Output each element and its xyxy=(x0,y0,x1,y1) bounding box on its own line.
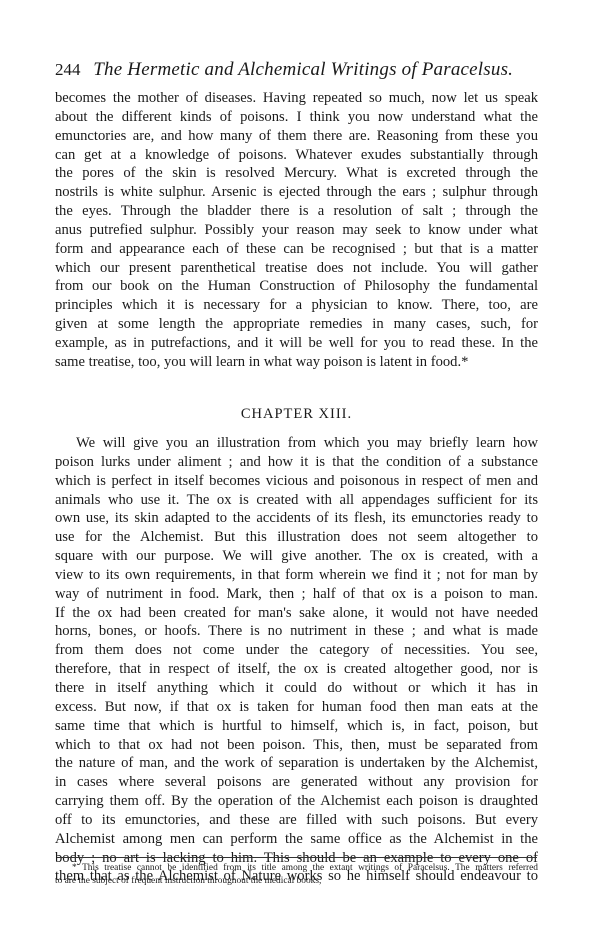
text-line: excess. But now, if that ox is taken for… xyxy=(55,698,538,717)
text-line: We will give you an illustration from wh… xyxy=(55,434,538,453)
text-line: same time that which is hurtful to himse… xyxy=(55,717,538,736)
text-line: nostrils is white sulphur. Arsenic is ej… xyxy=(55,183,538,202)
text-line: use for the Alchemist. But this illustra… xyxy=(55,528,538,547)
footnote: * This treatise cannot be identified fro… xyxy=(55,862,538,888)
text-line: given at some length the appropriate rem… xyxy=(55,315,538,334)
text-line: same treatise, too, you will learn in wh… xyxy=(55,353,538,372)
text-line: anus putrefied sulphur. Possibly your re… xyxy=(55,221,538,240)
text-line: the nature of man, and the work of separ… xyxy=(55,754,538,773)
running-title: The Hermetic and Alchemical Writings of … xyxy=(93,59,513,80)
text-line: square with our purpose. We will give an… xyxy=(55,547,538,566)
chapter-heading: CHAPTER XIII. xyxy=(55,404,538,424)
text-line: can get at a knowledge of poisons. Whate… xyxy=(55,146,538,165)
text-line: If the ox had been created for man's sak… xyxy=(55,604,538,623)
text-line: which our present parenthetical treatise… xyxy=(55,259,538,278)
text-line: animals who use it. The ox is created wi… xyxy=(55,491,538,510)
text-line: from our book on the Human Construction … xyxy=(55,277,538,296)
text-line: own use, its skin adapted to the acciden… xyxy=(55,509,538,528)
text-line: Alchemist among men can perform the same… xyxy=(55,830,538,849)
text-line: carrying them off. By the operation of t… xyxy=(55,792,538,811)
text-line: poison lurks under aliment ; and how it … xyxy=(55,453,538,472)
text-line: off to its emunctories, and these are fi… xyxy=(55,811,538,830)
footnote-line: * This treatise cannot be identified fro… xyxy=(55,862,538,875)
footnote-line: to are the subject of frequent instructi… xyxy=(55,875,538,888)
text-line: which to that ox had not been poison. Th… xyxy=(55,736,538,755)
chapter-paragraph: We will give you an illustration from wh… xyxy=(55,434,538,886)
text-line: in cases where several poisons are gener… xyxy=(55,773,538,792)
text-line: therefore, that in respect of itself, th… xyxy=(55,660,538,679)
text-line: which is perfect in itself becomes vicio… xyxy=(55,472,538,491)
text-line: becomes the mother of diseases. Having r… xyxy=(55,89,538,108)
text-line: example, as in putrefactions, and it wil… xyxy=(55,334,538,353)
text-line: emunctories are, and how many of them th… xyxy=(55,127,538,146)
text-line: principles which it is necessary for a p… xyxy=(55,296,538,315)
footnote-divider xyxy=(57,857,537,858)
running-head: 244 The Hermetic and Alchemical Writings… xyxy=(55,58,538,82)
paragraph-continued: becomes the mother of diseases. Having r… xyxy=(55,89,538,372)
text-line: about the different kinds of poisons. I … xyxy=(55,108,538,127)
text-line: horns, bones, or hoofs. There is no nutr… xyxy=(55,622,538,641)
text-line: form and appearance each of these can be… xyxy=(55,240,538,259)
page-number: 244 xyxy=(55,60,81,79)
text-line: view to its own requirements, in that fo… xyxy=(55,566,538,585)
text-line: way of nutriment in food. Mark, then ; h… xyxy=(55,585,538,604)
text-line: from them does not come under the catego… xyxy=(55,641,538,660)
text-line: the eyes. Through the bladder there is a… xyxy=(55,202,538,221)
text-line: there in itself anything which it could … xyxy=(55,679,538,698)
text-line: the pores of the skin is resolved Mercur… xyxy=(55,164,538,183)
